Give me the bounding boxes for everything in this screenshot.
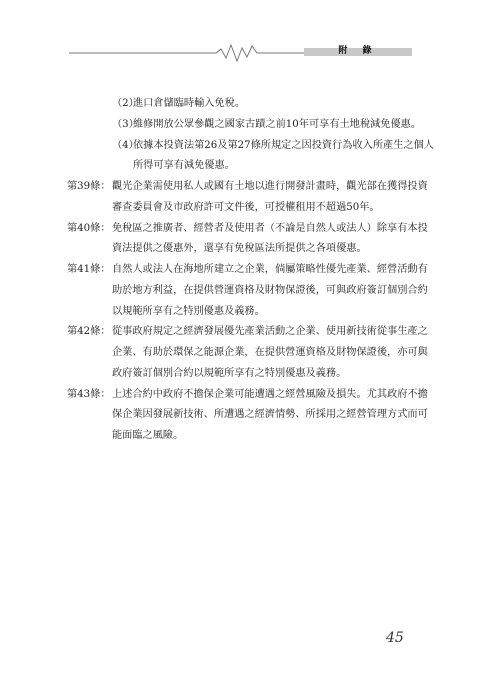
sub-item-text: 依據本投資法第26及第27條所規定之因投資行為收入所產生之個人 bbox=[133, 136, 434, 157]
article-text: 觀光企業需使用私人或國有土地以進行開發計畫時，觀光部在獲得投資 bbox=[112, 177, 428, 198]
list-item-continuation: 所得可享有減免優惠。 bbox=[67, 156, 427, 177]
sub-item-text: 進口倉儲臨時輸入免稅。 bbox=[133, 94, 245, 115]
article-text: 自然人或法人在海地所建立之企業，倘屬策略性優先產業、經營活動有 bbox=[112, 260, 428, 281]
article-continuation: 資法提供之優惠外，還享有免稅區法所提供之各項優惠。 bbox=[67, 239, 427, 260]
article-text: 以規範所享有之特別優惠及義務。 bbox=[112, 302, 265, 323]
article-continuation: 審查委員會及市政府許可文件後，可授權租用不超過50年。 bbox=[67, 198, 427, 219]
page-header: 附 錄 bbox=[0, 0, 480, 80]
section-title: 附 錄 bbox=[304, 46, 412, 56]
article-text: 上述合約中政府不擔保企業可能遭遇之經營風險及損失。尤其政府不擔 bbox=[112, 385, 428, 406]
article-text: 政府簽訂個別合約以規範所享有之特別優惠及義務。 bbox=[112, 364, 346, 385]
article-text: 助於地方利益，在提供營運資格及財物保證後，可與政府簽訂個別合約 bbox=[112, 281, 428, 302]
document-body: （2） 進口倉儲臨時輸入免稅。 （3） 維修開放公眾參觀之國家古蹟之前10年可享… bbox=[67, 94, 427, 447]
article-continuation: 保企業因發展新技術、所遭遇之經濟情勢、所採用之經營管理方式而可 bbox=[67, 405, 427, 426]
article-text: 企業、有助於環保之能源企業，在提供營運資格及財物保證後，亦可與 bbox=[112, 343, 428, 364]
article-text: 能面臨之風險。 bbox=[112, 426, 183, 447]
article-continuation: 企業、有助於環保之能源企業，在提供營運資格及財物保證後，亦可與 bbox=[67, 343, 427, 364]
article-text: 審查委員會及市政府許可文件後，可授權租用不超過50年。 bbox=[112, 198, 380, 219]
list-item: （4） 依據本投資法第26及第27條所規定之因投資行為收入所產生之個人 bbox=[67, 136, 427, 157]
article-label: 第42條： bbox=[67, 322, 111, 343]
sub-item-text: 維修開放公眾參觀之國家古蹟之前10年可享有土地稅減免優惠。 bbox=[133, 115, 421, 136]
article-43: 第43條： 上述合約中政府不擔保企業可能遭遇之經營風險及損失。尤其政府不擔 bbox=[67, 385, 427, 406]
list-item: （3） 維修開放公眾參觀之國家古蹟之前10年可享有土地稅減免優惠。 bbox=[67, 115, 427, 136]
article-continuation: 政府簽訂個別合約以規範所享有之特別優惠及義務。 bbox=[67, 364, 427, 385]
sub-item-text: 所得可享有減免優惠。 bbox=[133, 156, 235, 177]
article-40: 第40條： 免稅區之推廣者、經營者及使用者（不論是自然人或法人）除享有本投 bbox=[67, 219, 427, 240]
article-text: 從事政府規定之經濟發展優先產業活動之企業、使用新技術從事生產之 bbox=[112, 322, 428, 343]
article-text: 保企業因發展新技術、所遭遇之經濟情勢、所採用之經營管理方式而可 bbox=[112, 405, 428, 426]
article-label: 第39條： bbox=[67, 177, 111, 198]
article-39: 第39條： 觀光企業需使用私人或國有土地以進行開發計畫時，觀光部在獲得投資 bbox=[67, 177, 427, 198]
page-number: 45 bbox=[386, 630, 404, 646]
article-42: 第42條： 從事政府規定之經濟發展優先產業活動之企業、使用新技術從事生產之 bbox=[67, 322, 427, 343]
article-continuation: 能面臨之風險。 bbox=[67, 426, 427, 447]
article-continuation: 以規範所享有之特別優惠及義務。 bbox=[67, 302, 427, 323]
article-continuation: 助於地方利益，在提供營運資格及財物保證後，可與政府簽訂個別合約 bbox=[67, 281, 427, 302]
article-text: 資法提供之優惠外，還享有免稅區法所提供之各項優惠。 bbox=[112, 239, 367, 260]
article-label: 第40條： bbox=[67, 219, 111, 240]
article-text: 免稅區之推廣者、經營者及使用者（不論是自然人或法人）除享有本投 bbox=[112, 219, 428, 240]
header-zigzag-rule-icon bbox=[0, 0, 480, 80]
article-label: 第43條： bbox=[67, 385, 111, 406]
article-41: 第41條： 自然人或法人在海地所建立之企業，倘屬策略性優先產業、經營活動有 bbox=[67, 260, 427, 281]
list-item: （2） 進口倉儲臨時輸入免稅。 bbox=[67, 94, 427, 115]
article-label: 第41條： bbox=[67, 260, 111, 281]
